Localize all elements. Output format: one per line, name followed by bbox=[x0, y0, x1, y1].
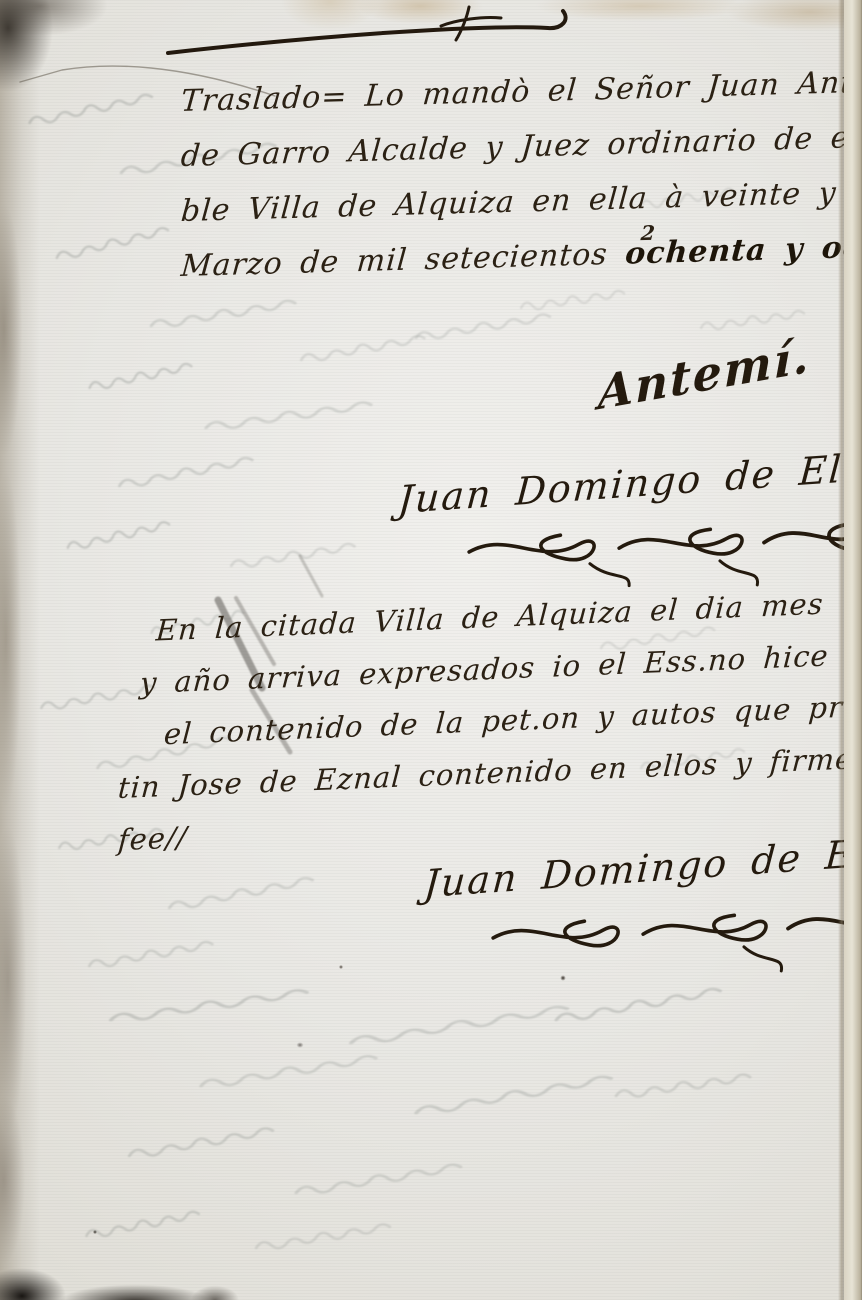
long-pen-stroke bbox=[168, 11, 566, 53]
opening-paragraph: Traslado= Lo mandò el Señor Juan Antton … bbox=[181, 74, 862, 294]
top-cross-mark bbox=[441, 17, 501, 26]
notification-paragraph: En la citada Villa de Alquiza el dia mes… bbox=[118, 606, 862, 866]
signature-juan-domingo-de-elola: Juan Domingo de Elola bbox=[396, 442, 862, 522]
date-line-prefix: Marzo de mil setecientos bbox=[180, 237, 627, 285]
manuscript-page: Traslado= Lo mandò el Señor Juan Antton … bbox=[0, 0, 862, 1300]
date-line-correction: 2ochenta y ocho// bbox=[624, 228, 862, 272]
ante-mi-attestation: Antemí. bbox=[598, 328, 811, 420]
page-right-edge bbox=[844, 0, 862, 1300]
top-cross-mark bbox=[456, 7, 469, 40]
